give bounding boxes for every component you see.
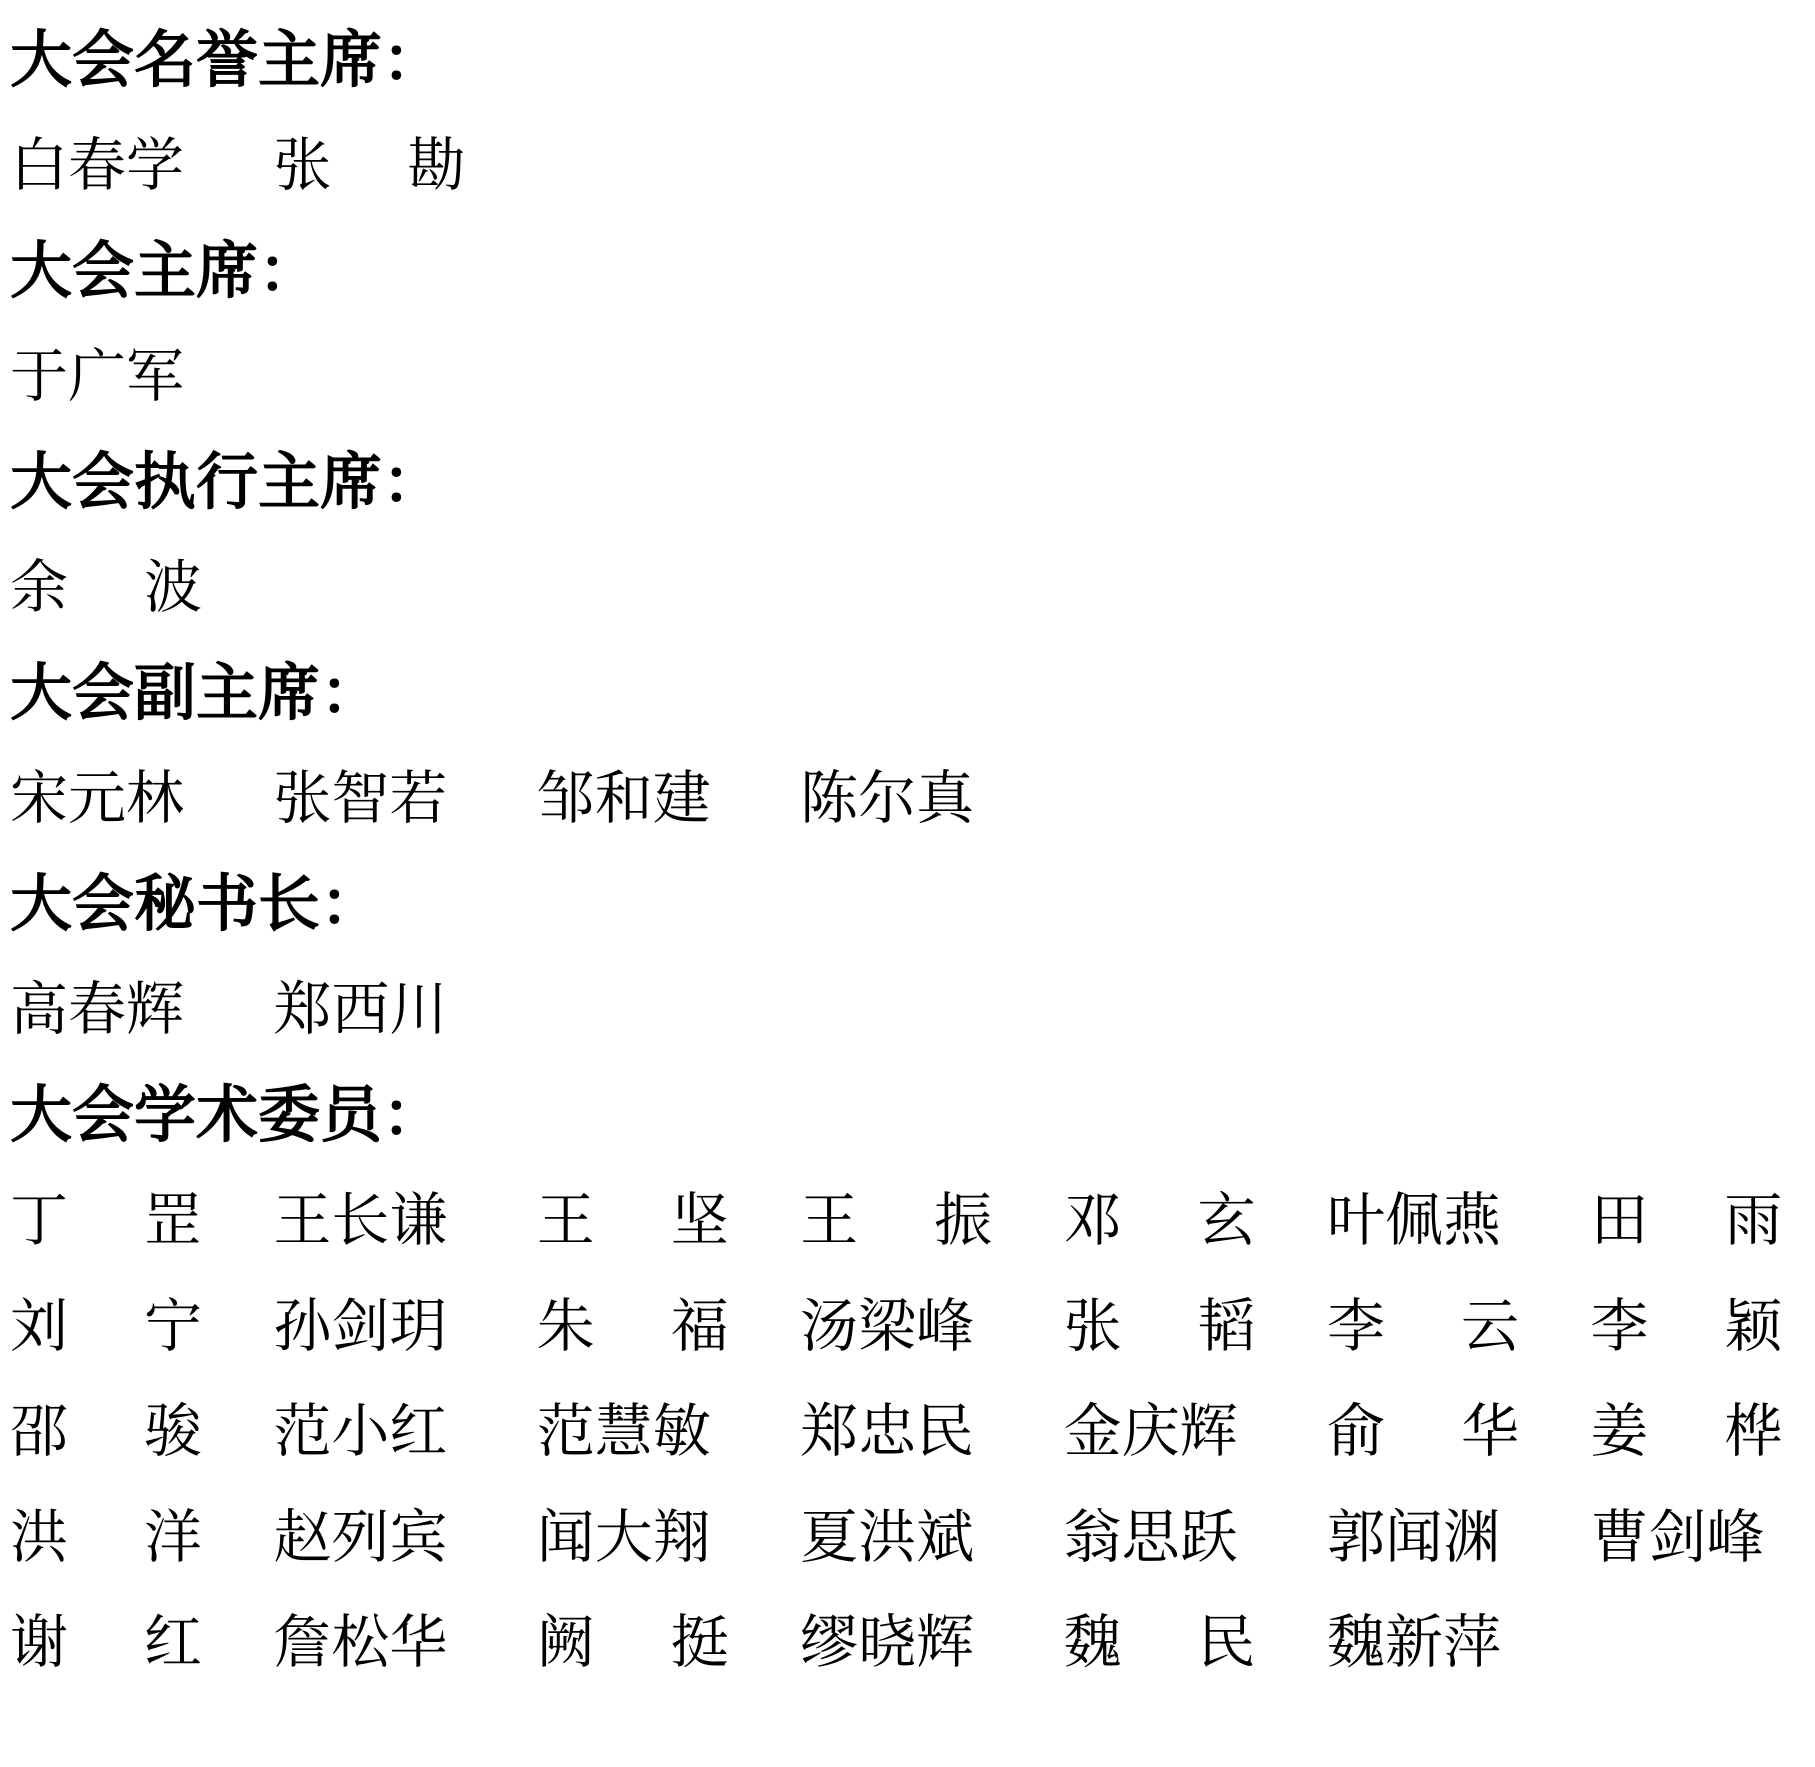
person-name-char: 俞 — [1327, 1384, 1385, 1468]
names-row: 刘宁孙剑玥朱福汤梁峰张韬李云李颖 — [10, 1268, 1815, 1374]
person-name: 李云 — [1327, 1279, 1519, 1363]
person-name: 闻大翔 — [537, 1490, 800, 1574]
person-name-char: 李 — [1590, 1279, 1648, 1363]
person-name: 郑西川 — [273, 962, 536, 1046]
person-name: 谢红 — [10, 1595, 202, 1679]
person-name-char: 雨 — [1724, 1173, 1782, 1257]
person-name-char: 王 — [800, 1173, 858, 1257]
person-name-char: 张 — [1064, 1279, 1122, 1363]
person-name: 王长谦 — [273, 1173, 536, 1257]
section-heading-text: 大会副主席： — [10, 643, 1815, 732]
names-row: 洪洋赵列宾闻大翔夏洪斌翁思跃郭闻渊曹剑峰 — [10, 1479, 1815, 1585]
section-heading-text: 大会名誉主席： — [10, 10, 1815, 99]
person-name: 范慧敏 — [537, 1384, 800, 1468]
person-name: 阙挺 — [537, 1595, 729, 1679]
section-heading-line: 大会秘书长： — [10, 846, 1815, 952]
person-name: 俞华 — [1327, 1384, 1519, 1468]
person-name: 王坚 — [537, 1173, 729, 1257]
person-name: 于广军 — [10, 329, 273, 413]
person-name: 邹和建 — [537, 751, 800, 835]
person-name-char: 姜 — [1590, 1384, 1648, 1468]
person-name-char: 谢 — [10, 1595, 68, 1679]
person-name: 夏洪斌 — [800, 1490, 1063, 1574]
person-name: 丁罡 — [10, 1173, 202, 1257]
person-name: 张韬 — [1064, 1279, 1256, 1363]
person-name-char: 振 — [934, 1173, 992, 1257]
person-name-char: 余 — [10, 540, 68, 624]
person-name-char: 云 — [1461, 1279, 1519, 1363]
person-name: 翁思跃 — [1064, 1490, 1327, 1574]
person-name-char: 朱 — [537, 1279, 595, 1363]
person-name: 金庆辉 — [1064, 1384, 1327, 1468]
person-name: 余波 — [10, 540, 202, 624]
person-name-char: 邓 — [1064, 1173, 1122, 1257]
names-row: 白春学张勘 — [10, 108, 1815, 214]
person-name: 郑忠民 — [800, 1384, 1063, 1468]
person-name-char: 李 — [1327, 1279, 1385, 1363]
section-heading-text: 大会学术委员： — [10, 1065, 1815, 1154]
person-name: 孙剑玥 — [273, 1279, 536, 1363]
person-name-char: 张 — [273, 118, 331, 202]
names-row: 高春辉郑西川 — [10, 952, 1815, 1058]
names-row: 余波 — [10, 530, 1815, 636]
person-name-char: 洋 — [144, 1490, 202, 1574]
person-name: 曹剑峰 — [1590, 1490, 1815, 1574]
person-name-char: 田 — [1590, 1173, 1648, 1257]
section-heading-line: 大会执行主席： — [10, 424, 1815, 530]
person-name-char: 刘 — [10, 1279, 68, 1363]
person-name: 刘宁 — [10, 1279, 202, 1363]
person-name: 姜桦 — [1590, 1384, 1782, 1468]
person-name-char: 韬 — [1198, 1279, 1256, 1363]
section-heading-text: 大会秘书长： — [10, 854, 1815, 943]
person-name-char: 民 — [1198, 1595, 1256, 1679]
person-name-char: 华 — [1461, 1384, 1519, 1468]
person-name-char: 坚 — [671, 1173, 729, 1257]
section-heading-line: 大会副主席： — [10, 635, 1815, 741]
person-name-char: 勘 — [407, 118, 465, 202]
person-name-char: 魏 — [1064, 1595, 1122, 1679]
person-name: 朱福 — [537, 1279, 729, 1363]
person-name-char: 王 — [537, 1173, 595, 1257]
person-name: 高春辉 — [10, 962, 273, 1046]
person-name: 洪洋 — [10, 1490, 202, 1574]
person-name-char: 红 — [144, 1595, 202, 1679]
person-name: 张勘 — [273, 118, 465, 202]
person-name: 缪晓辉 — [800, 1595, 1063, 1679]
person-name-char: 挺 — [671, 1595, 729, 1679]
person-name: 张智若 — [273, 751, 536, 835]
person-name-char: 洪 — [10, 1490, 68, 1574]
person-name: 宋元林 — [10, 751, 273, 835]
person-name: 白春学 — [10, 118, 273, 202]
person-name: 田雨 — [1590, 1173, 1782, 1257]
person-name: 叶佩燕 — [1327, 1173, 1590, 1257]
names-row: 于广军 — [10, 319, 1815, 425]
person-name: 詹松华 — [273, 1595, 536, 1679]
person-name-char: 宁 — [144, 1279, 202, 1363]
names-row: 谢红詹松华阙挺缪晓辉魏民魏新萍 — [10, 1585, 1815, 1691]
names-row: 邵骏范小红范慧敏郑忠民金庆辉俞华姜桦 — [10, 1374, 1815, 1480]
person-name: 郭闻渊 — [1327, 1490, 1590, 1574]
person-name: 陈尔真 — [800, 751, 1063, 835]
section-heading-text: 大会主席： — [10, 221, 1815, 310]
person-name-char: 骏 — [144, 1384, 202, 1468]
person-name: 李颖 — [1590, 1279, 1782, 1363]
names-row: 宋元林张智若邹和建陈尔真 — [10, 741, 1815, 847]
person-name-char: 罡 — [144, 1173, 202, 1257]
section-heading-line: 大会学术委员： — [10, 1057, 1815, 1163]
person-name: 魏民 — [1064, 1595, 1256, 1679]
person-name: 赵列宾 — [273, 1490, 536, 1574]
section-heading-line: 大会名誉主席： — [10, 2, 1815, 108]
person-name-char: 颖 — [1724, 1279, 1782, 1363]
section-heading-text: 大会执行主席： — [10, 432, 1815, 521]
person-name-char: 桦 — [1724, 1384, 1782, 1468]
person-name-char: 波 — [144, 540, 202, 624]
section-heading-line: 大会主席： — [10, 213, 1815, 319]
person-name-char: 福 — [671, 1279, 729, 1363]
person-name: 邵骏 — [10, 1384, 202, 1468]
person-name-char: 玄 — [1198, 1173, 1256, 1257]
person-name-char: 丁 — [10, 1173, 68, 1257]
person-name-char: 邵 — [10, 1384, 68, 1468]
person-name: 邓玄 — [1064, 1173, 1256, 1257]
names-row: 丁罡王长谦王坚王振邓玄叶佩燕田雨 — [10, 1163, 1815, 1269]
person-name: 汤梁峰 — [800, 1279, 1063, 1363]
person-name: 范小红 — [273, 1384, 536, 1468]
person-name: 王振 — [800, 1173, 992, 1257]
document-page: 大会名誉主席：白春学张勘大会主席：于广军大会执行主席：余波大会副主席：宋元林张智… — [0, 0, 1815, 1767]
person-name-char: 阙 — [537, 1595, 595, 1679]
person-name: 魏新萍 — [1327, 1595, 1590, 1679]
